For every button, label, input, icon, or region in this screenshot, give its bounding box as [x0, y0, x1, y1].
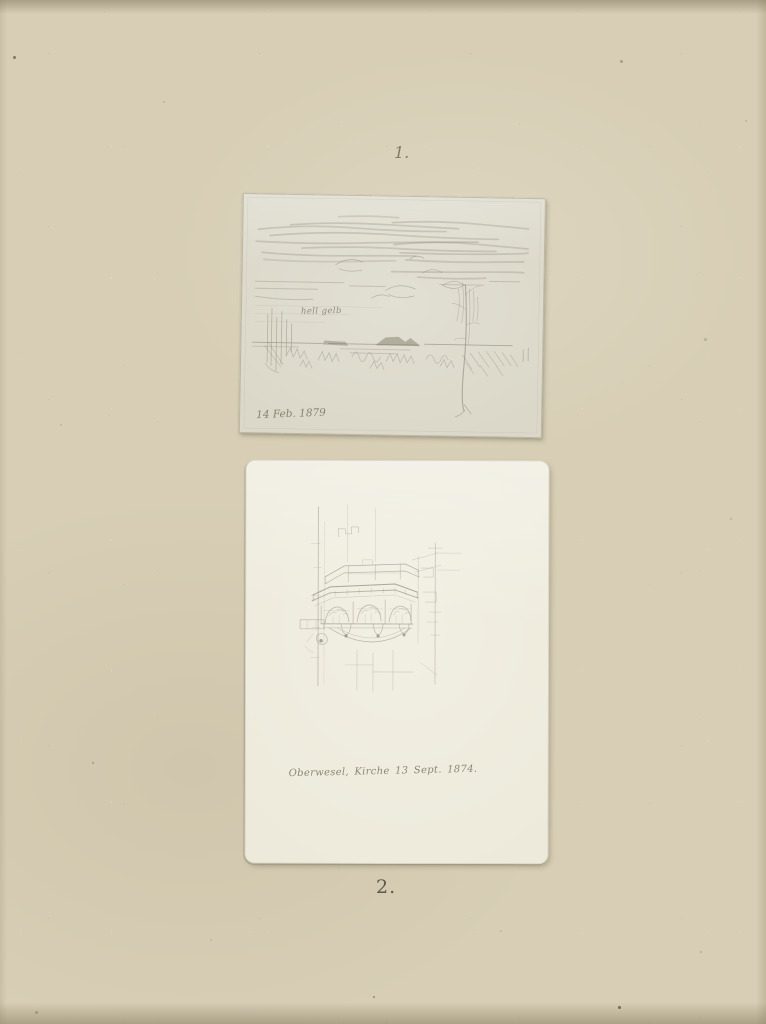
figure-2-label: 2. [376, 876, 396, 898]
speck [618, 1006, 621, 1009]
sketch-1-date-inscription: 14 Feb. 1879 [256, 407, 326, 421]
corbel-cornice [312, 584, 418, 606]
speck [60, 424, 62, 426]
page-edge-shadow-right [756, 0, 766, 1024]
speck [210, 939, 212, 941]
speck [35, 1011, 38, 1014]
left-reeds [264, 308, 292, 372]
grass-strokes [286, 344, 528, 377]
turret-parapet [325, 560, 419, 584]
speck [704, 338, 707, 341]
corbel-pendants [329, 624, 411, 642]
speck [163, 101, 165, 103]
sketch-2-paper: Oberwesel, Kirche 13 Sept. 1874. [244, 460, 549, 865]
masonry-steps-right [412, 548, 461, 635]
sketch-1-paper: hell gelb 14 Feb. 1879 [239, 193, 546, 438]
album-page: 1. [0, 0, 766, 1024]
page-edge-shadow-bottom [0, 1002, 766, 1024]
speck [373, 996, 375, 998]
speck [700, 951, 702, 953]
ruled-frame-line [244, 197, 541, 433]
architecture-sketch-drawing [244, 460, 549, 865]
speck [745, 120, 747, 122]
page-edge-shadow-top [0, 0, 766, 14]
speck [620, 60, 623, 63]
tree [450, 283, 480, 417]
cloud-strokes [255, 214, 528, 303]
lower-construction-lines [345, 650, 437, 692]
speck [500, 930, 502, 932]
distant-hill-silhouette [322, 335, 420, 347]
sketch-1-color-note: hell gelb [301, 306, 342, 317]
speck [92, 762, 94, 764]
speck [730, 518, 732, 520]
speck [13, 56, 16, 59]
page-edge-shadow-left [0, 0, 7, 1024]
landscape-sketch-drawing [239, 193, 546, 438]
figure-1-label: 1. [394, 143, 409, 162]
left-bracket [300, 620, 327, 653]
